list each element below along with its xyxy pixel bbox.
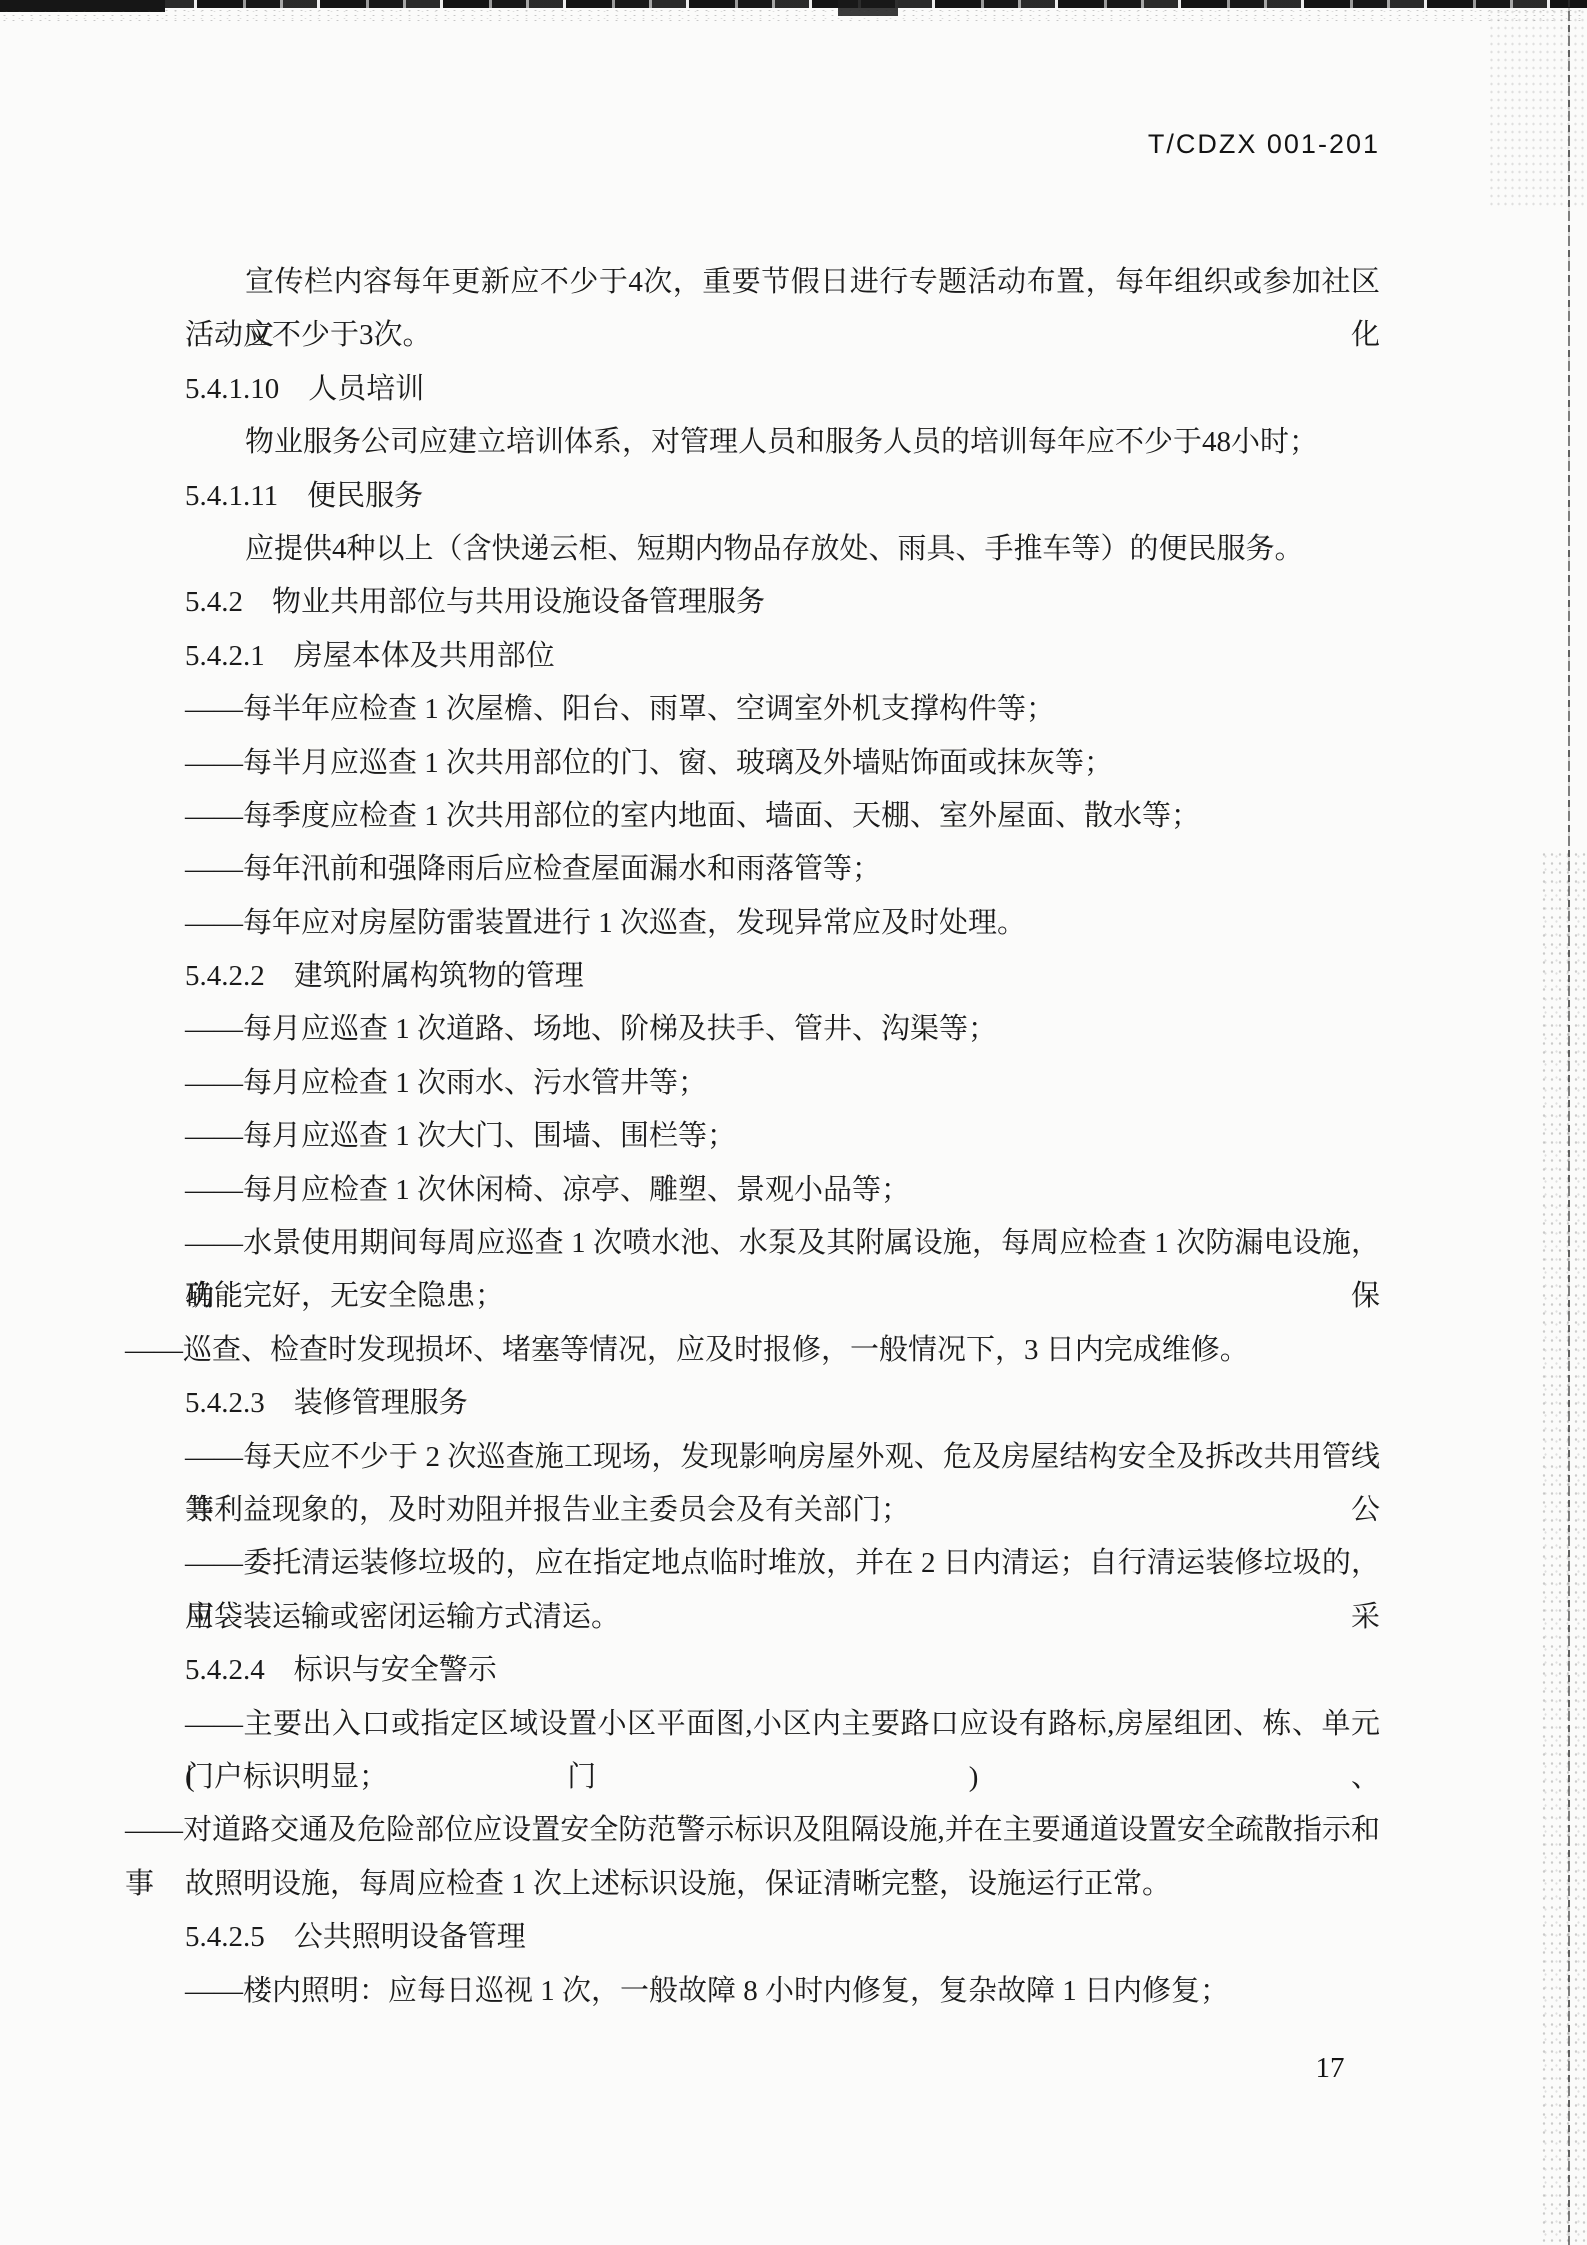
scan-artifact-right-noise — [1540, 850, 1587, 2245]
standard-code-header: T/CDZX 001-201 — [900, 129, 1380, 160]
text-line-p-first: 应提供4种以上（含快递云柜、短期内物品存放处、雨具、手推车等）的便民服务。 — [185, 523, 1380, 576]
text-line-item: ——每年应对房屋防雷装置进行 1 次巡查，发现异常应及时处理。 — [185, 897, 1380, 950]
scan-artifact-topright-noise — [1488, 8, 1587, 208]
text-line-item: ——每半月应巡查 1 次共用部位的门、窗、玻璃及外墙贴饰面或抹灰等； — [185, 737, 1380, 790]
text-line-item: ——每月应检查 1 次休闲椅、凉亭、雕塑、景观小品等； — [185, 1164, 1380, 1217]
text-line-heading: 5.4.2.4 标识与安全警示 — [185, 1644, 1380, 1697]
text-line-item-hang: ——对道路交通及危险部位应设置安全防范警示标识及阻隔设施,并在主要通道设置安全疏… — [125, 1804, 1380, 1857]
text-line-heading: 5.4.2.2 建筑附属构筑物的管理 — [185, 950, 1380, 1003]
text-line-item: ——楼内照明：应每日巡视 1 次，一般故障 8 小时内修复，复杂故障 1 日内修… — [185, 1965, 1380, 2018]
scan-artifact-top-band — [0, 0, 1587, 8]
text-line-item: ——主要出入口或指定区域设置小区平面图,小区内主要路口应设有路标,房屋组团、栋、… — [185, 1698, 1380, 1751]
text-line-p-cont: 故照明设施，每周应检查 1 次上述标识设施，保证清晰完整，设施运行正常。 — [185, 1858, 1380, 1911]
text-line-item: ——每年汛前和强降雨后应检查屋面漏水和雨落管等； — [185, 843, 1380, 896]
text-line-p-first: 物业服务公司应建立培训体系，对管理人员和服务人员的培训每年应不少于48小时； — [185, 416, 1380, 469]
text-line-item: ——水景使用期间每周应巡查 1 次喷水池、水泵及其附属设施，每周应检查 1 次防… — [185, 1217, 1380, 1270]
text-line-p-first: 宣传栏内容每年更新应不少于4次，重要节假日进行专题活动布置，每年组织或参加社区文… — [185, 256, 1380, 309]
text-line-heading: 5.4.2.3 装修管理服务 — [185, 1377, 1380, 1430]
text-line-item: ——委托清运装修垃圾的，应在指定地点临时堆放，并在 2 日内清运；自行清运装修垃… — [185, 1537, 1380, 1590]
text-line-item: ——每月应巡查 1 次大门、围墙、围栏等； — [185, 1110, 1380, 1163]
text-line-item: ——每月应巡查 1 次道路、场地、阶梯及扶手、管井、沟渠等； — [185, 1003, 1380, 1056]
text-line-item-hang: ——巡查、检查时发现损坏、堵塞等情况，应及时报修，一般情况下，3 日内完成维修。 — [125, 1324, 1380, 1377]
text-line-item: ——每季度应检查 1 次共用部位的室内地面、墙面、天棚、室外屋面、散水等； — [185, 790, 1380, 843]
text-line-heading: 5.4.1.10 人员培训 — [185, 363, 1380, 416]
page-number: 17 — [1295, 2052, 1365, 2085]
text-line-heading: 5.4.1.11 便民服务 — [185, 470, 1380, 523]
text-line-item: ——每月应检查 1 次雨水、污水管井等； — [185, 1057, 1380, 1110]
scanned-document-page: T/CDZX 001-201 宣传栏内容每年更新应不少于4次，重要节假日进行专题… — [0, 0, 1587, 2245]
text-line-heading: 5.4.2.5 公共照明设备管理 — [185, 1911, 1380, 1964]
text-line-heading: 5.4.2 物业共用部位与共用设施设备管理服务 — [185, 576, 1380, 629]
text-line-item: ——每天应不少于 2 次巡查施工现场，发现影响房屋外观、危及房屋结构安全及拆改共… — [185, 1431, 1380, 1484]
text-line-heading: 5.4.2.1 房屋本体及共用部位 — [185, 630, 1380, 683]
scan-artifact-top-noise — [0, 8, 1587, 24]
text-line-item: ——每半年应检查 1 次屋檐、阳台、雨罩、空调室外机支撑构件等； — [185, 683, 1380, 736]
document-text-block: 宣传栏内容每年更新应不少于4次，重要节假日进行专题活动布置，每年组织或参加社区文… — [185, 256, 1380, 2018]
